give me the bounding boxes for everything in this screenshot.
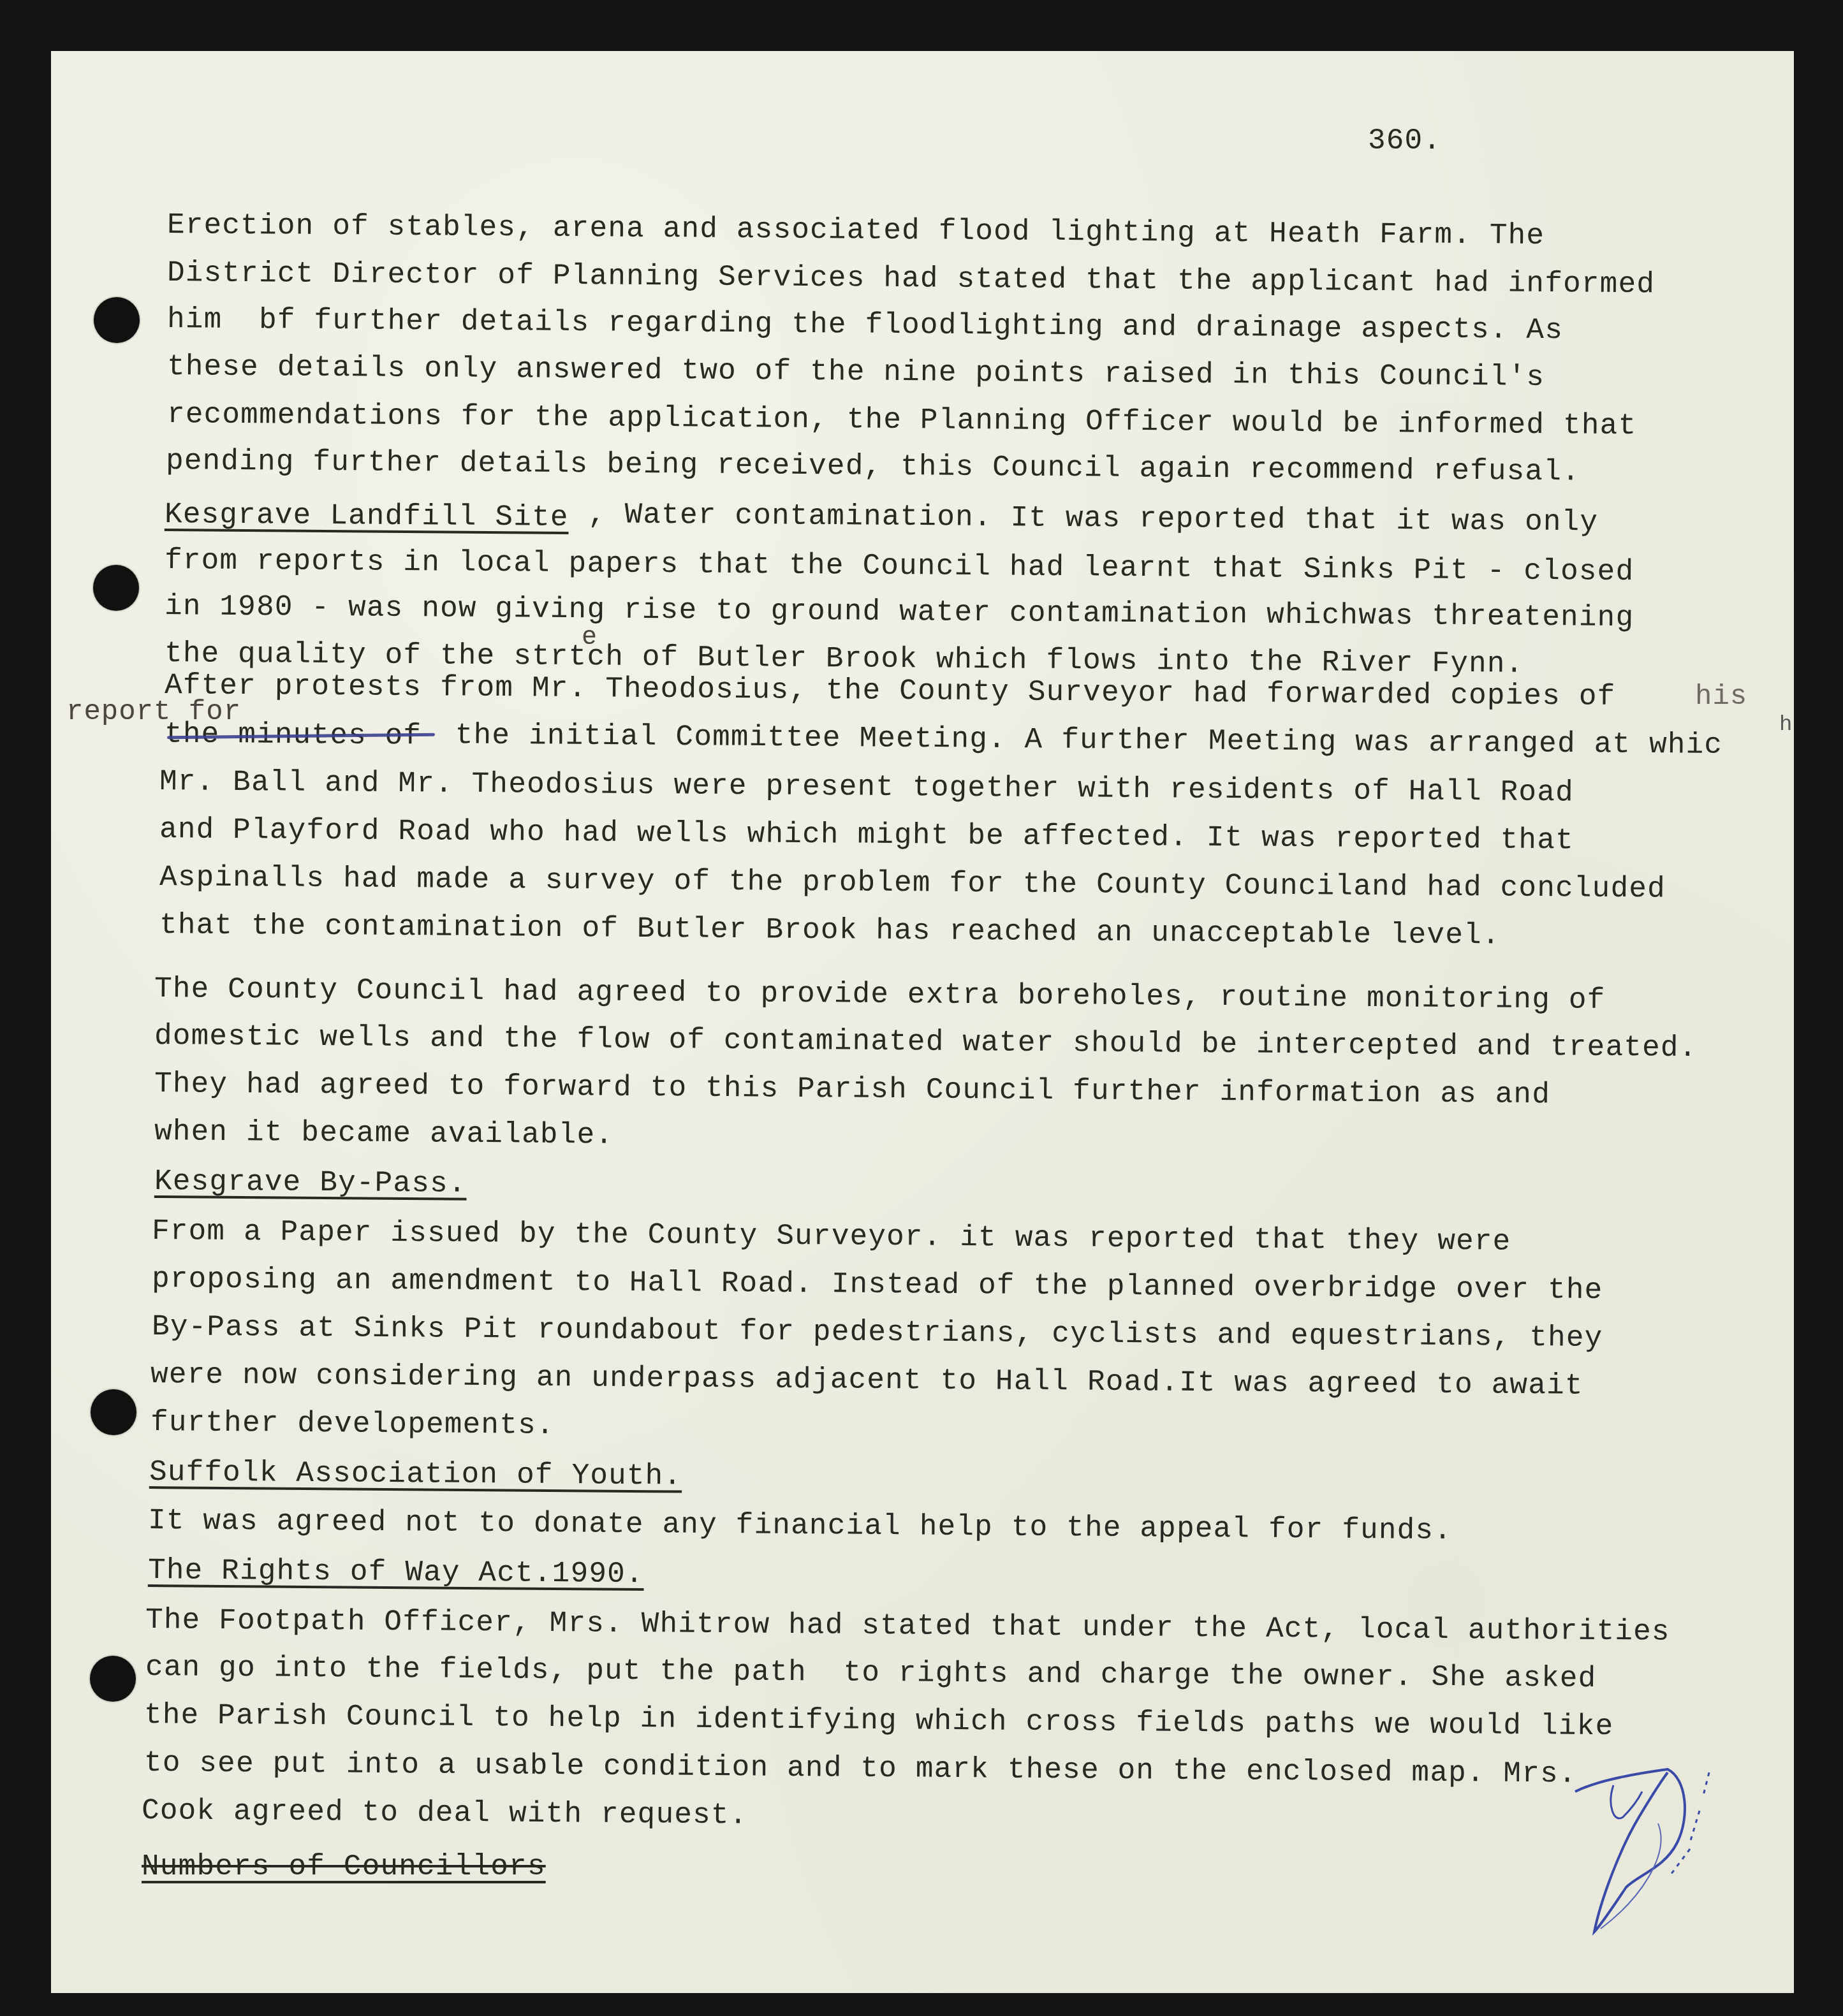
text-line: , Water contamination. It was reported t… (588, 500, 1599, 537)
page-number: 360. (1368, 126, 1441, 156)
punch-hole (90, 1656, 136, 1702)
punch-hole (91, 1389, 136, 1435)
punch-hole (94, 297, 140, 343)
struck-heading: Numbers of Councillors (142, 1852, 546, 1881)
section-heading: The Rights of Way Act.1990. (148, 1556, 644, 1589)
text-line: when it became available. (154, 1117, 613, 1150)
section-heading: Kesgrave Landfill Site (165, 500, 569, 532)
text-line: Cook agreed to deal with request. (142, 1796, 748, 1830)
section-heading: Kesgrave By-Pass. (154, 1167, 467, 1199)
inserted-letter-e: e (582, 624, 598, 652)
insert-h: h (1779, 713, 1793, 737)
insert-his: his (1695, 681, 1747, 713)
handwritten-signature (1562, 1747, 1766, 1938)
text-line: further developements. (151, 1408, 555, 1440)
punch-hole (93, 565, 139, 611)
section-heading: Suffolk Association of Youth. (149, 1457, 682, 1491)
